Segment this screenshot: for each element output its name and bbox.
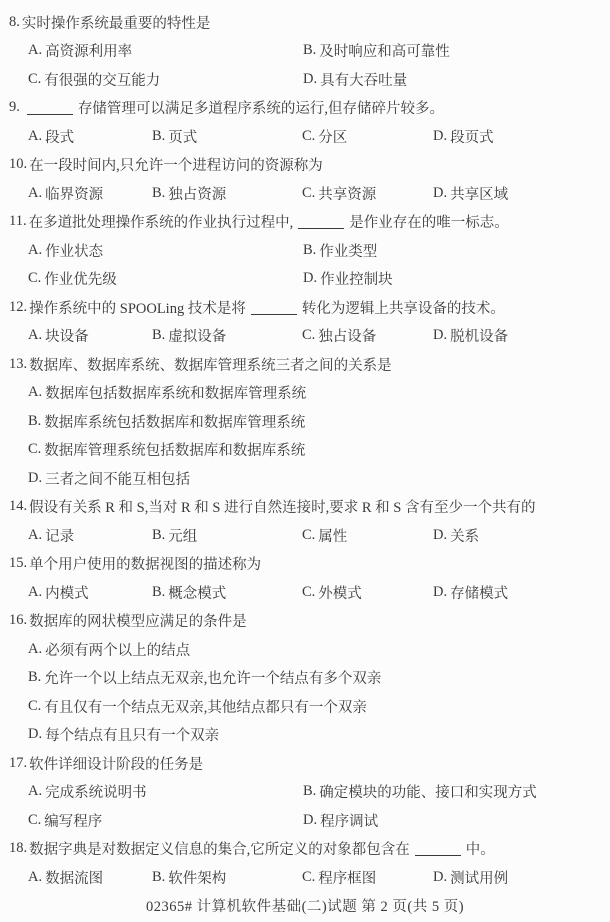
option-text: 分区: [318, 126, 347, 147]
option-c: C.分区: [302, 126, 433, 147]
question-13-options: A.数据库包括数据库系统和数据库管理系统 B.数据库系统包括数据库和数据库管理系…: [0, 379, 610, 493]
option-text: 高资源利用率: [45, 40, 132, 61]
option-b: B.确定模块的功能、接口和实现方式: [303, 781, 610, 802]
option-label: D.: [303, 270, 317, 287]
question-9-options: A.段式 B.页式 C.分区 D.段页式: [0, 122, 610, 151]
option-text: 属性: [318, 525, 347, 546]
option-label: C.: [28, 698, 41, 715]
option-label: A.: [28, 384, 42, 401]
option-text: 有且仅有一个结点无双亲,其他结点都只有一个双亲: [44, 696, 367, 717]
question-text: 假设有关系 R 和 S,当对 R 和 S 进行自然连接时,要求 R 和 S 含有…: [29, 496, 535, 517]
option-text: 段页式: [450, 126, 494, 147]
option-label: B.: [303, 42, 316, 59]
option-text: 必须有两个以上的结点: [45, 639, 190, 660]
option-text: 独占资源: [168, 183, 226, 204]
option-label: B.: [152, 584, 165, 601]
question-text: 单个用户使用的数据视图的描述称为: [29, 553, 261, 574]
option-label: D.: [433, 327, 447, 344]
option-label: A.: [28, 42, 42, 59]
option-label: C.: [302, 185, 315, 202]
option-text: 数据库包括数据库系统和数据库管理系统: [45, 382, 306, 403]
option-d: D.共享区域: [433, 183, 610, 204]
blank-underline: [298, 228, 344, 229]
option-label: C.: [28, 71, 41, 88]
question-number: 8.: [9, 14, 20, 31]
option-label: B.: [152, 869, 165, 886]
blank-underline: [415, 855, 461, 856]
option-a: A.块设备: [28, 325, 152, 346]
question-16-options: A.必须有两个以上的结点 B.允许一个以上结点无双亲,也允许一个结点有多个双亲 …: [0, 635, 610, 749]
question-11-stem: 11.在多道批处理操作系统的作业执行过程中,是作业存在的唯一标志。: [0, 208, 610, 237]
option-text: 数据流图: [45, 867, 103, 888]
option-label: A.: [28, 527, 42, 544]
option-label: D.: [433, 128, 447, 145]
question-16-stem: 16.数据库的网状模型应满足的条件是: [0, 607, 610, 636]
option-c: C.独占设备: [302, 325, 433, 346]
question-text-after-blank: 中。: [466, 838, 495, 859]
question-text: 数据库、数据库系统、数据库管理系统三者之间的关系是: [29, 354, 392, 375]
option-text: 具有大吞吐量: [320, 69, 407, 90]
option-text: 关系: [450, 525, 479, 546]
option-text: 每个结点有且只有一个双亲: [45, 724, 219, 745]
option-text: 作业优先级: [44, 268, 117, 289]
option-a: A.段式: [28, 126, 152, 147]
option-d: D.关系: [433, 525, 610, 546]
option-text: 数据库管理系统包括数据库和数据库系统: [44, 439, 305, 460]
option-b: B.软件架构: [152, 867, 302, 888]
question-text-after-blank: 转化为逻辑上共享设备的技术。: [302, 297, 505, 318]
option-d: D.每个结点有且只有一个双亲: [28, 724, 610, 745]
option-c: C.外模式: [302, 582, 433, 603]
exam-page: 8.实时操作系统最重要的特性是 A.高资源利用率 B.及时响应和高可靠性 C.有…: [0, 0, 610, 920]
blank-underline: [27, 114, 73, 115]
question-number: 16.: [9, 612, 27, 629]
question-15-options: A.内模式 B.概念模式 C.外模式 D.存储模式: [0, 578, 610, 607]
question-13-stem: 13.数据库、数据库系统、数据库管理系统三者之间的关系是: [0, 350, 610, 379]
option-text: 三者之间不能互相包括: [45, 468, 190, 489]
option-text: 共享区域: [450, 183, 508, 204]
option-text: 软件架构: [168, 867, 226, 888]
option-b: B.作业类型: [303, 240, 610, 261]
option-b: B.数据库系统包括数据库和数据库管理系统: [28, 411, 610, 432]
option-b: B.独占资源: [152, 183, 302, 204]
option-b: B.概念模式: [152, 582, 302, 603]
option-label: A.: [28, 242, 42, 259]
option-text: 外模式: [318, 582, 362, 603]
question-9-stem: 9.存储管理可以满足多道程序系统的运行,但存储碎片较多。: [0, 94, 610, 123]
option-text: 元组: [168, 525, 197, 546]
option-label: D.: [433, 584, 447, 601]
option-label: C.: [28, 270, 41, 287]
option-text: 页式: [168, 126, 197, 147]
question-15-stem: 15.单个用户使用的数据视图的描述称为: [0, 550, 610, 579]
option-label: D.: [433, 869, 447, 886]
option-label: B.: [303, 242, 316, 259]
option-text: 作业控制块: [320, 268, 393, 289]
option-a: A.必须有两个以上的结点: [28, 639, 610, 660]
question-number: 14.: [9, 498, 27, 515]
option-text: 数据库系统包括数据库和数据库管理系统: [44, 411, 305, 432]
option-b: B.页式: [152, 126, 302, 147]
option-b: B.及时响应和高可靠性: [303, 40, 610, 61]
option-a: A.临界资源: [28, 183, 152, 204]
page-footer: 02365# 计算机软件基础(二)试题 第 2 页(共 5 页): [0, 892, 610, 921]
question-text: 数据字典是对数据定义信息的集合,它所定义的对象都包含在: [29, 838, 410, 859]
option-text: 记录: [45, 525, 74, 546]
question-12-options: A.块设备 B.虚拟设备 C.独占设备 D.脱机设备: [0, 322, 610, 351]
option-label: C.: [302, 128, 315, 145]
option-d: D.段页式: [433, 126, 610, 147]
question-10-stem: 10.在一段时间内,只允许一个进程访问的资源称为: [0, 151, 610, 180]
option-text: 完成系统说明书: [45, 781, 147, 802]
option-label: A.: [28, 327, 42, 344]
question-10-options: A.临界资源 B.独占资源 C.共享资源 D.共享区域: [0, 179, 610, 208]
option-label: A.: [28, 641, 42, 658]
option-label: D.: [28, 470, 42, 487]
question-number: 18.: [9, 840, 27, 857]
question-text: 在一段时间内,只允许一个进程访问的资源称为: [29, 154, 323, 175]
option-a: A.作业状态: [28, 240, 303, 261]
option-text: 内模式: [45, 582, 89, 603]
option-text: 允许一个以上结点无双亲,也允许一个结点有多个双亲: [44, 667, 381, 688]
option-label: D.: [28, 726, 42, 743]
option-text: 测试用例: [450, 867, 508, 888]
question-17-options: A.完成系统说明书 B.确定模块的功能、接口和实现方式 C.编写程序 D.程序调…: [0, 778, 610, 835]
option-d: D.存储模式: [433, 582, 610, 603]
option-d: D.三者之间不能互相包括: [28, 468, 610, 489]
question-12-stem: 12.操作系统中的 SPOOLing 技术是将转化为逻辑上共享设备的技术。: [0, 293, 610, 322]
question-number: 9.: [9, 99, 20, 116]
question-14-options: A.记录 B.元组 C.属性 D.关系: [0, 521, 610, 550]
option-c: C.编写程序: [28, 810, 303, 831]
option-d: D.测试用例: [433, 867, 610, 888]
question-18-stem: 18.数据字典是对数据定义信息的集合,它所定义的对象都包含在中。: [0, 835, 610, 864]
option-label: A.: [28, 869, 42, 886]
option-label: C.: [28, 812, 41, 829]
question-number: 10.: [9, 156, 27, 173]
option-text: 作业状态: [45, 240, 103, 261]
option-a: A.完成系统说明书: [28, 781, 303, 802]
question-number: 13.: [9, 356, 27, 373]
option-text: 虚拟设备: [168, 325, 226, 346]
option-d: D.作业控制块: [303, 268, 610, 289]
option-a: A.记录: [28, 525, 152, 546]
question-text-after-blank: 是作业存在的唯一标志。: [349, 211, 509, 232]
question-text: 实时操作系统最重要的特性是: [22, 12, 211, 33]
blank-underline: [251, 314, 297, 315]
option-label: C.: [302, 869, 315, 886]
question-17-stem: 17.软件详细设计阶段的任务是: [0, 749, 610, 778]
option-label: D.: [433, 185, 447, 202]
option-c: C.共享资源: [302, 183, 433, 204]
option-text: 临界资源: [45, 183, 103, 204]
option-b: B.允许一个以上结点无双亲,也允许一个结点有多个双亲: [28, 667, 610, 688]
question-number: 17.: [9, 755, 27, 772]
option-c: C.属性: [302, 525, 433, 546]
option-label: B.: [28, 669, 41, 686]
option-label: C.: [302, 584, 315, 601]
question-number: 12.: [9, 299, 27, 316]
option-label: C.: [28, 441, 41, 458]
option-label: A.: [28, 783, 42, 800]
option-label: A.: [28, 584, 42, 601]
question-number: 11.: [9, 213, 27, 230]
option-text: 程序调试: [320, 810, 378, 831]
option-text: 脱机设备: [450, 325, 508, 346]
option-text: 块设备: [45, 325, 89, 346]
option-label: B.: [152, 185, 165, 202]
option-a: A.数据库包括数据库系统和数据库管理系统: [28, 382, 610, 403]
option-label: C.: [302, 527, 315, 544]
option-c: C.程序框图: [302, 867, 433, 888]
option-text: 作业类型: [319, 240, 377, 261]
option-text: 及时响应和高可靠性: [319, 40, 450, 61]
option-c: C.数据库管理系统包括数据库和数据库系统: [28, 439, 610, 460]
option-text: 确定模块的功能、接口和实现方式: [319, 781, 537, 802]
option-label: B.: [152, 128, 165, 145]
option-text: 程序框图: [318, 867, 376, 888]
question-8-stem: 8.实时操作系统最重要的特性是: [0, 8, 610, 37]
option-text: 共享资源: [318, 183, 376, 204]
question-14-stem: 14.假设有关系 R 和 S,当对 R 和 S 进行自然连接时,要求 R 和 S…: [0, 493, 610, 522]
option-d: D.程序调试: [303, 810, 610, 831]
option-label: D.: [303, 71, 317, 88]
option-c: C.有且仅有一个结点无双亲,其他结点都只有一个双亲: [28, 696, 610, 717]
option-label: D.: [303, 812, 317, 829]
question-8-options: A.高资源利用率 B.及时响应和高可靠性 C.有很强的交互能力 D.具有大吞吐量: [0, 37, 610, 94]
question-text: 在多道批处理操作系统的作业执行过程中,: [29, 211, 294, 232]
question-11-options: A.作业状态 B.作业类型 C.作业优先级 D.作业控制块: [0, 236, 610, 293]
option-text: 存储模式: [450, 582, 508, 603]
option-a: A.高资源利用率: [28, 40, 303, 61]
option-b: B.元组: [152, 525, 302, 546]
option-a: A.内模式: [28, 582, 152, 603]
option-label: B.: [28, 413, 41, 430]
question-text-after-blank: 存储管理可以满足多道程序系统的运行,但存储碎片较多。: [78, 97, 444, 118]
option-text: 概念模式: [168, 582, 226, 603]
option-d: D.脱机设备: [433, 325, 610, 346]
option-text: 段式: [45, 126, 74, 147]
option-c: C.有很强的交互能力: [28, 69, 303, 90]
question-number: 15.: [9, 555, 27, 572]
option-a: A.数据流图: [28, 867, 152, 888]
option-label: A.: [28, 185, 42, 202]
option-b: B.虚拟设备: [152, 325, 302, 346]
option-label: B.: [152, 527, 165, 544]
page-footer-text: 02365# 计算机软件基础(二)试题 第 2 页(共 5 页): [146, 895, 464, 916]
option-label: D.: [433, 527, 447, 544]
option-label: A.: [28, 128, 42, 145]
option-label: C.: [302, 327, 315, 344]
option-label: B.: [303, 783, 316, 800]
option-label: B.: [152, 327, 165, 344]
option-c: C.作业优先级: [28, 268, 303, 289]
option-text: 有很强的交互能力: [44, 69, 160, 90]
option-text: 独占设备: [318, 325, 376, 346]
option-text: 编写程序: [44, 810, 102, 831]
option-d: D.具有大吞吐量: [303, 69, 610, 90]
question-18-options: A.数据流图 B.软件架构 C.程序框图 D.测试用例: [0, 863, 610, 892]
question-text: 操作系统中的 SPOOLing 技术是将: [29, 297, 246, 318]
question-text: 软件详细设计阶段的任务是: [29, 753, 203, 774]
question-text: 数据库的网状模型应满足的条件是: [29, 610, 247, 631]
